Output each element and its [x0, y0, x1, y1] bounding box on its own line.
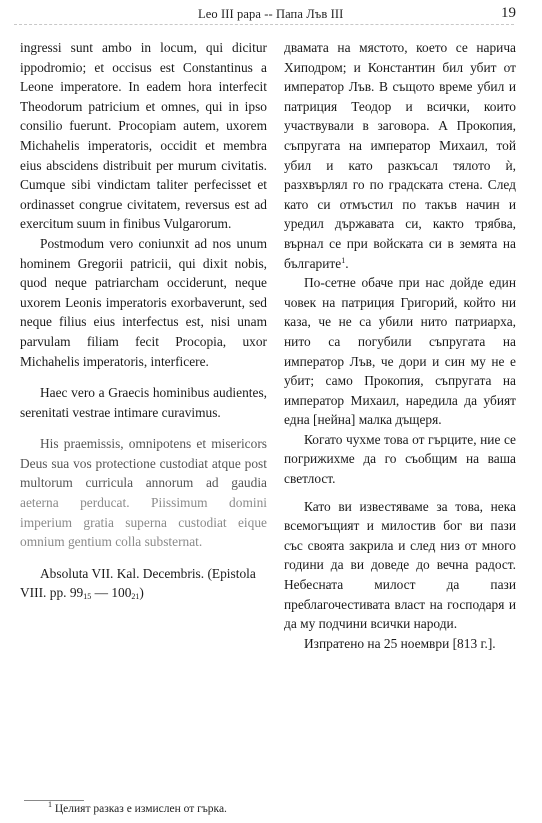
- bulgarian-paragraph-1: двамата на мястото, което се нарича Хипо…: [284, 38, 516, 273]
- bulgarian-paragraph-2: По-сетне обаче при нас дойде един човек …: [284, 273, 516, 430]
- bulgarian-paragraph-1-end: .: [345, 256, 348, 271]
- latin-paragraph-3: Haec vero a Graecis hominibus audientes,…: [20, 383, 267, 422]
- dating-end: ): [139, 585, 143, 600]
- latin-paragraph-1: ingressi sunt ambo in locum, qui dicitur…: [20, 38, 267, 234]
- bulgarian-paragraph-4: Като ви известяваме за това, нека всемог…: [284, 497, 516, 634]
- bulgarian-paragraph-3: Когато чухме това от гърците, ние се пог…: [284, 430, 516, 489]
- dating-middle: — 100: [91, 585, 131, 600]
- spacer: [20, 422, 267, 434]
- latin-column: ingressi sunt ambo in locum, qui dicitur…: [20, 38, 267, 603]
- latin-paragraph-2: Postmodum vero coniunxit ad nos unum hom…: [20, 234, 267, 371]
- footnote-text: Целият разказ е измислен от гърка.: [55, 803, 227, 815]
- latin-paragraph-4: His praemissis, omnipotens et misericors…: [20, 434, 267, 552]
- latin-paragraph-4-clear: His praemissis, omnipotens et misericors…: [20, 436, 267, 490]
- bulgarian-paragraph-1-text: двамата на мястото, което се нарича Хипо…: [284, 40, 516, 271]
- page-number: 19: [501, 5, 516, 22]
- spacer: [20, 552, 267, 564]
- latin-paragraph-4-faded: aeterna perducat. Piissimum domini imper…: [20, 495, 267, 549]
- bulgarian-paragraph-5: Изпратено на 25 ноември [813 г.].: [284, 634, 516, 654]
- header-rule: [14, 24, 514, 25]
- footnote-rule: [24, 800, 84, 801]
- latin-dating-line: Absoluta VII. Kal. Decembris. (Epistola …: [20, 564, 267, 603]
- spacer: [284, 489, 516, 497]
- bulgarian-column: двамата на мястото, което се нарича Хипо…: [284, 38, 516, 653]
- spacer: [20, 371, 267, 383]
- running-head-title: Leo III papa -- Папа Лъв III: [198, 7, 343, 22]
- footnote-mark: 1: [48, 800, 52, 809]
- running-head: Leo III papa -- Папа Лъв III 19: [0, 4, 542, 24]
- footnote: 1 Целият разказ е измислен от гърка.: [48, 803, 227, 815]
